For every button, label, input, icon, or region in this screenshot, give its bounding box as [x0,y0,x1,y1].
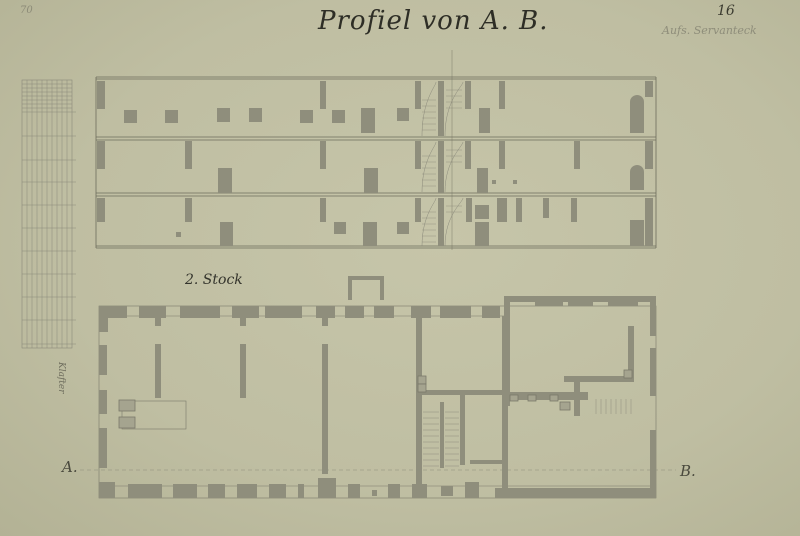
drawing-sheet: 70 Profiel von A. B. 16 Aufs. Servanteck… [0,0,800,536]
drawing-canvas [0,0,800,536]
floor-plan [80,276,676,498]
scale-bar [22,80,76,348]
section-elevation [96,50,656,250]
